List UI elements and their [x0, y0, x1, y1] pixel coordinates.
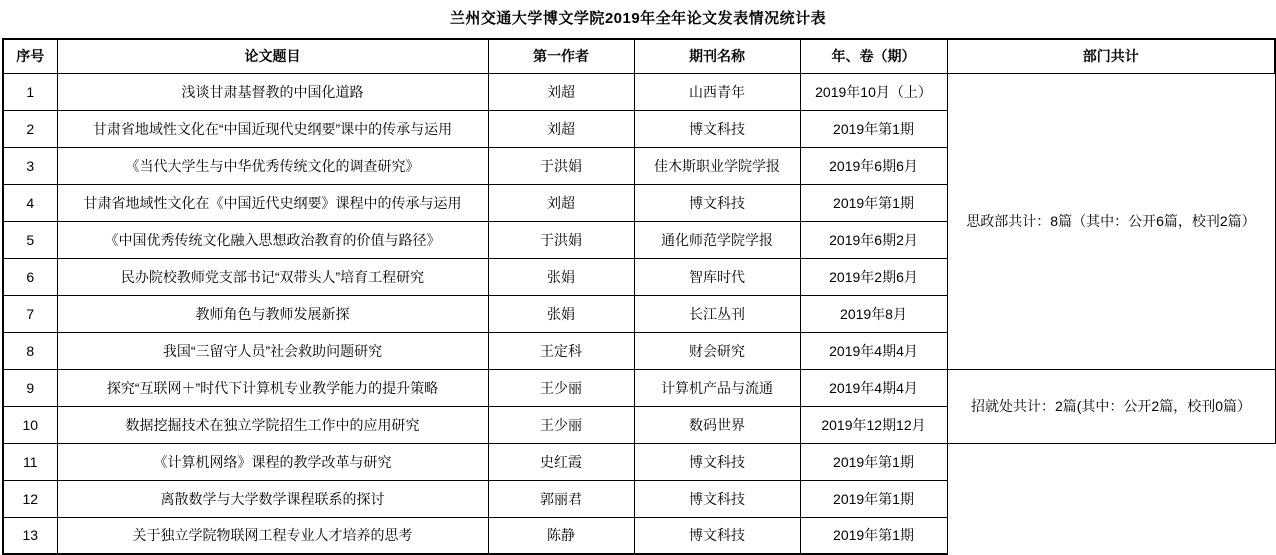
- cell-year-volume-issue: 2019年4期4月: [800, 332, 947, 369]
- papers-table: 序号 论文题目 第一作者 期刊名称 年、卷（期） 部门共计 1浅谈甘肃基督教的中…: [2, 38, 1276, 555]
- cell-first-author: 王定科: [488, 332, 634, 369]
- cell-index: 10: [3, 406, 57, 443]
- cell-index: 12: [3, 480, 57, 517]
- cell-dept-total-empty: [947, 443, 1275, 554]
- cell-index: 13: [3, 517, 57, 554]
- cell-paper-title: 甘肃省地域性文化在《中国近代史纲要》课程中的传承与运用: [57, 184, 488, 221]
- cell-paper-title: 《当代大学生与中华优秀传统文化的调查研究》: [57, 147, 488, 184]
- cell-first-author: 刘超: [488, 73, 634, 110]
- cell-journal-name: 博文科技: [634, 110, 800, 147]
- table-row: 11《计算机网络》课程的教学改革与研究史红霞博文科技2019年第1期: [3, 443, 1275, 480]
- cell-dept-total: 思政部共计：8篇（其中：公开6篇，校刊2篇）: [947, 73, 1275, 369]
- page-title: 兰州交通大学博文学院2019年全年论文发表情况统计表: [0, 7, 1276, 28]
- cell-index: 2: [3, 110, 57, 147]
- column-header-dept-total: 部门共计: [947, 39, 1275, 73]
- table-row: 1浅谈甘肃基督教的中国化道路刘超山西青年2019年10月（上）思政部共计：8篇（…: [3, 73, 1275, 110]
- cell-year-volume-issue: 2019年2期6月: [800, 258, 947, 295]
- cell-index: 11: [3, 443, 57, 480]
- cell-index: 6: [3, 258, 57, 295]
- cell-dept-total: 招就处共计：2篇(其中：公开2篇，校刊0篇）: [947, 369, 1275, 443]
- document-page: 兰州交通大学博文学院2019年全年论文发表情况统计表 序号 论文题目 第一作者 …: [0, 0, 1276, 554]
- column-header-journal-name: 期刊名称: [634, 39, 800, 73]
- cell-index: 3: [3, 147, 57, 184]
- cell-journal-name: 博文科技: [634, 480, 800, 517]
- cell-paper-title: 《计算机网络》课程的教学改革与研究: [57, 443, 488, 480]
- cell-journal-name: 山西青年: [634, 73, 800, 110]
- cell-index: 9: [3, 369, 57, 406]
- cell-journal-name: 博文科技: [634, 517, 800, 554]
- cell-year-volume-issue: 2019年10月（上）: [800, 73, 947, 110]
- cell-year-volume-issue: 2019年第1期: [800, 517, 947, 554]
- cell-year-volume-issue: 2019年第1期: [800, 110, 947, 147]
- cell-journal-name: 博文科技: [634, 443, 800, 480]
- cell-first-author: 王少丽: [488, 369, 634, 406]
- cell-paper-title: 浅谈甘肃基督教的中国化道路: [57, 73, 488, 110]
- cell-year-volume-issue: 2019年12期12月: [800, 406, 947, 443]
- cell-first-author: 张娟: [488, 295, 634, 332]
- cell-journal-name: 计算机产品与流通: [634, 369, 800, 406]
- cell-journal-name: 财会研究: [634, 332, 800, 369]
- column-header-paper-title: 论文题目: [57, 39, 488, 73]
- cell-journal-name: 通化师范学院学报: [634, 221, 800, 258]
- cell-journal-name: 数码世界: [634, 406, 800, 443]
- cell-index: 8: [3, 332, 57, 369]
- cell-paper-title: 民办院校教师党支部书记“双带头人”培育工程研究: [57, 258, 488, 295]
- header-row: 序号 论文题目 第一作者 期刊名称 年、卷（期） 部门共计: [3, 39, 1275, 73]
- cell-first-author: 史红霞: [488, 443, 634, 480]
- table-header: 序号 论文题目 第一作者 期刊名称 年、卷（期） 部门共计: [3, 39, 1275, 73]
- cell-index: 1: [3, 73, 57, 110]
- cell-journal-name: 博文科技: [634, 184, 800, 221]
- cell-index: 4: [3, 184, 57, 221]
- cell-paper-title: 探究“互联网＋”时代下计算机专业教学能力的提升策略: [57, 369, 488, 406]
- cell-first-author: 王少丽: [488, 406, 634, 443]
- cell-first-author: 陈静: [488, 517, 634, 554]
- column-header-index: 序号: [3, 39, 57, 73]
- cell-journal-name: 智库时代: [634, 258, 800, 295]
- column-header-year-volume-issue: 年、卷（期）: [800, 39, 947, 73]
- cell-journal-name: 长江丛刊: [634, 295, 800, 332]
- cell-paper-title: 甘肃省地域性文化在“中国近现代史纲要”课中的传承与运用: [57, 110, 488, 147]
- cell-first-author: 于洪娟: [488, 147, 634, 184]
- cell-paper-title: 数据挖掘技术在独立学院招生工作中的应用研究: [57, 406, 488, 443]
- cell-paper-title: 教师角色与教师发展新探: [57, 295, 488, 332]
- table-body: 1浅谈甘肃基督教的中国化道路刘超山西青年2019年10月（上）思政部共计：8篇（…: [3, 73, 1275, 554]
- cell-year-volume-issue: 2019年6期6月: [800, 147, 947, 184]
- cell-index: 7: [3, 295, 57, 332]
- cell-first-author: 郭丽君: [488, 480, 634, 517]
- cell-paper-title: 离散数学与大学数学课程联系的探讨: [57, 480, 488, 517]
- table-row: 9探究“互联网＋”时代下计算机专业教学能力的提升策略王少丽计算机产品与流通201…: [3, 369, 1275, 406]
- cell-index: 5: [3, 221, 57, 258]
- cell-year-volume-issue: 2019年6期2月: [800, 221, 947, 258]
- cell-year-volume-issue: 2019年8月: [800, 295, 947, 332]
- cell-first-author: 刘超: [488, 184, 634, 221]
- cell-year-volume-issue: 2019年第1期: [800, 184, 947, 221]
- cell-paper-title: 关于独立学院物联网工程专业人才培养的思考: [57, 517, 488, 554]
- cell-first-author: 于洪娟: [488, 221, 634, 258]
- cell-year-volume-issue: 2019年第1期: [800, 443, 947, 480]
- column-header-first-author: 第一作者: [488, 39, 634, 73]
- cell-first-author: 刘超: [488, 110, 634, 147]
- cell-paper-title: 《中国优秀传统文化融入思想政治教育的价值与路径》: [57, 221, 488, 258]
- cell-paper-title: 我国“三留守人员”社会救助问题研究: [57, 332, 488, 369]
- cell-journal-name: 佳木斯职业学院学报: [634, 147, 800, 184]
- cell-first-author: 张娟: [488, 258, 634, 295]
- cell-year-volume-issue: 2019年4期4月: [800, 369, 947, 406]
- cell-year-volume-issue: 2019年第1期: [800, 480, 947, 517]
